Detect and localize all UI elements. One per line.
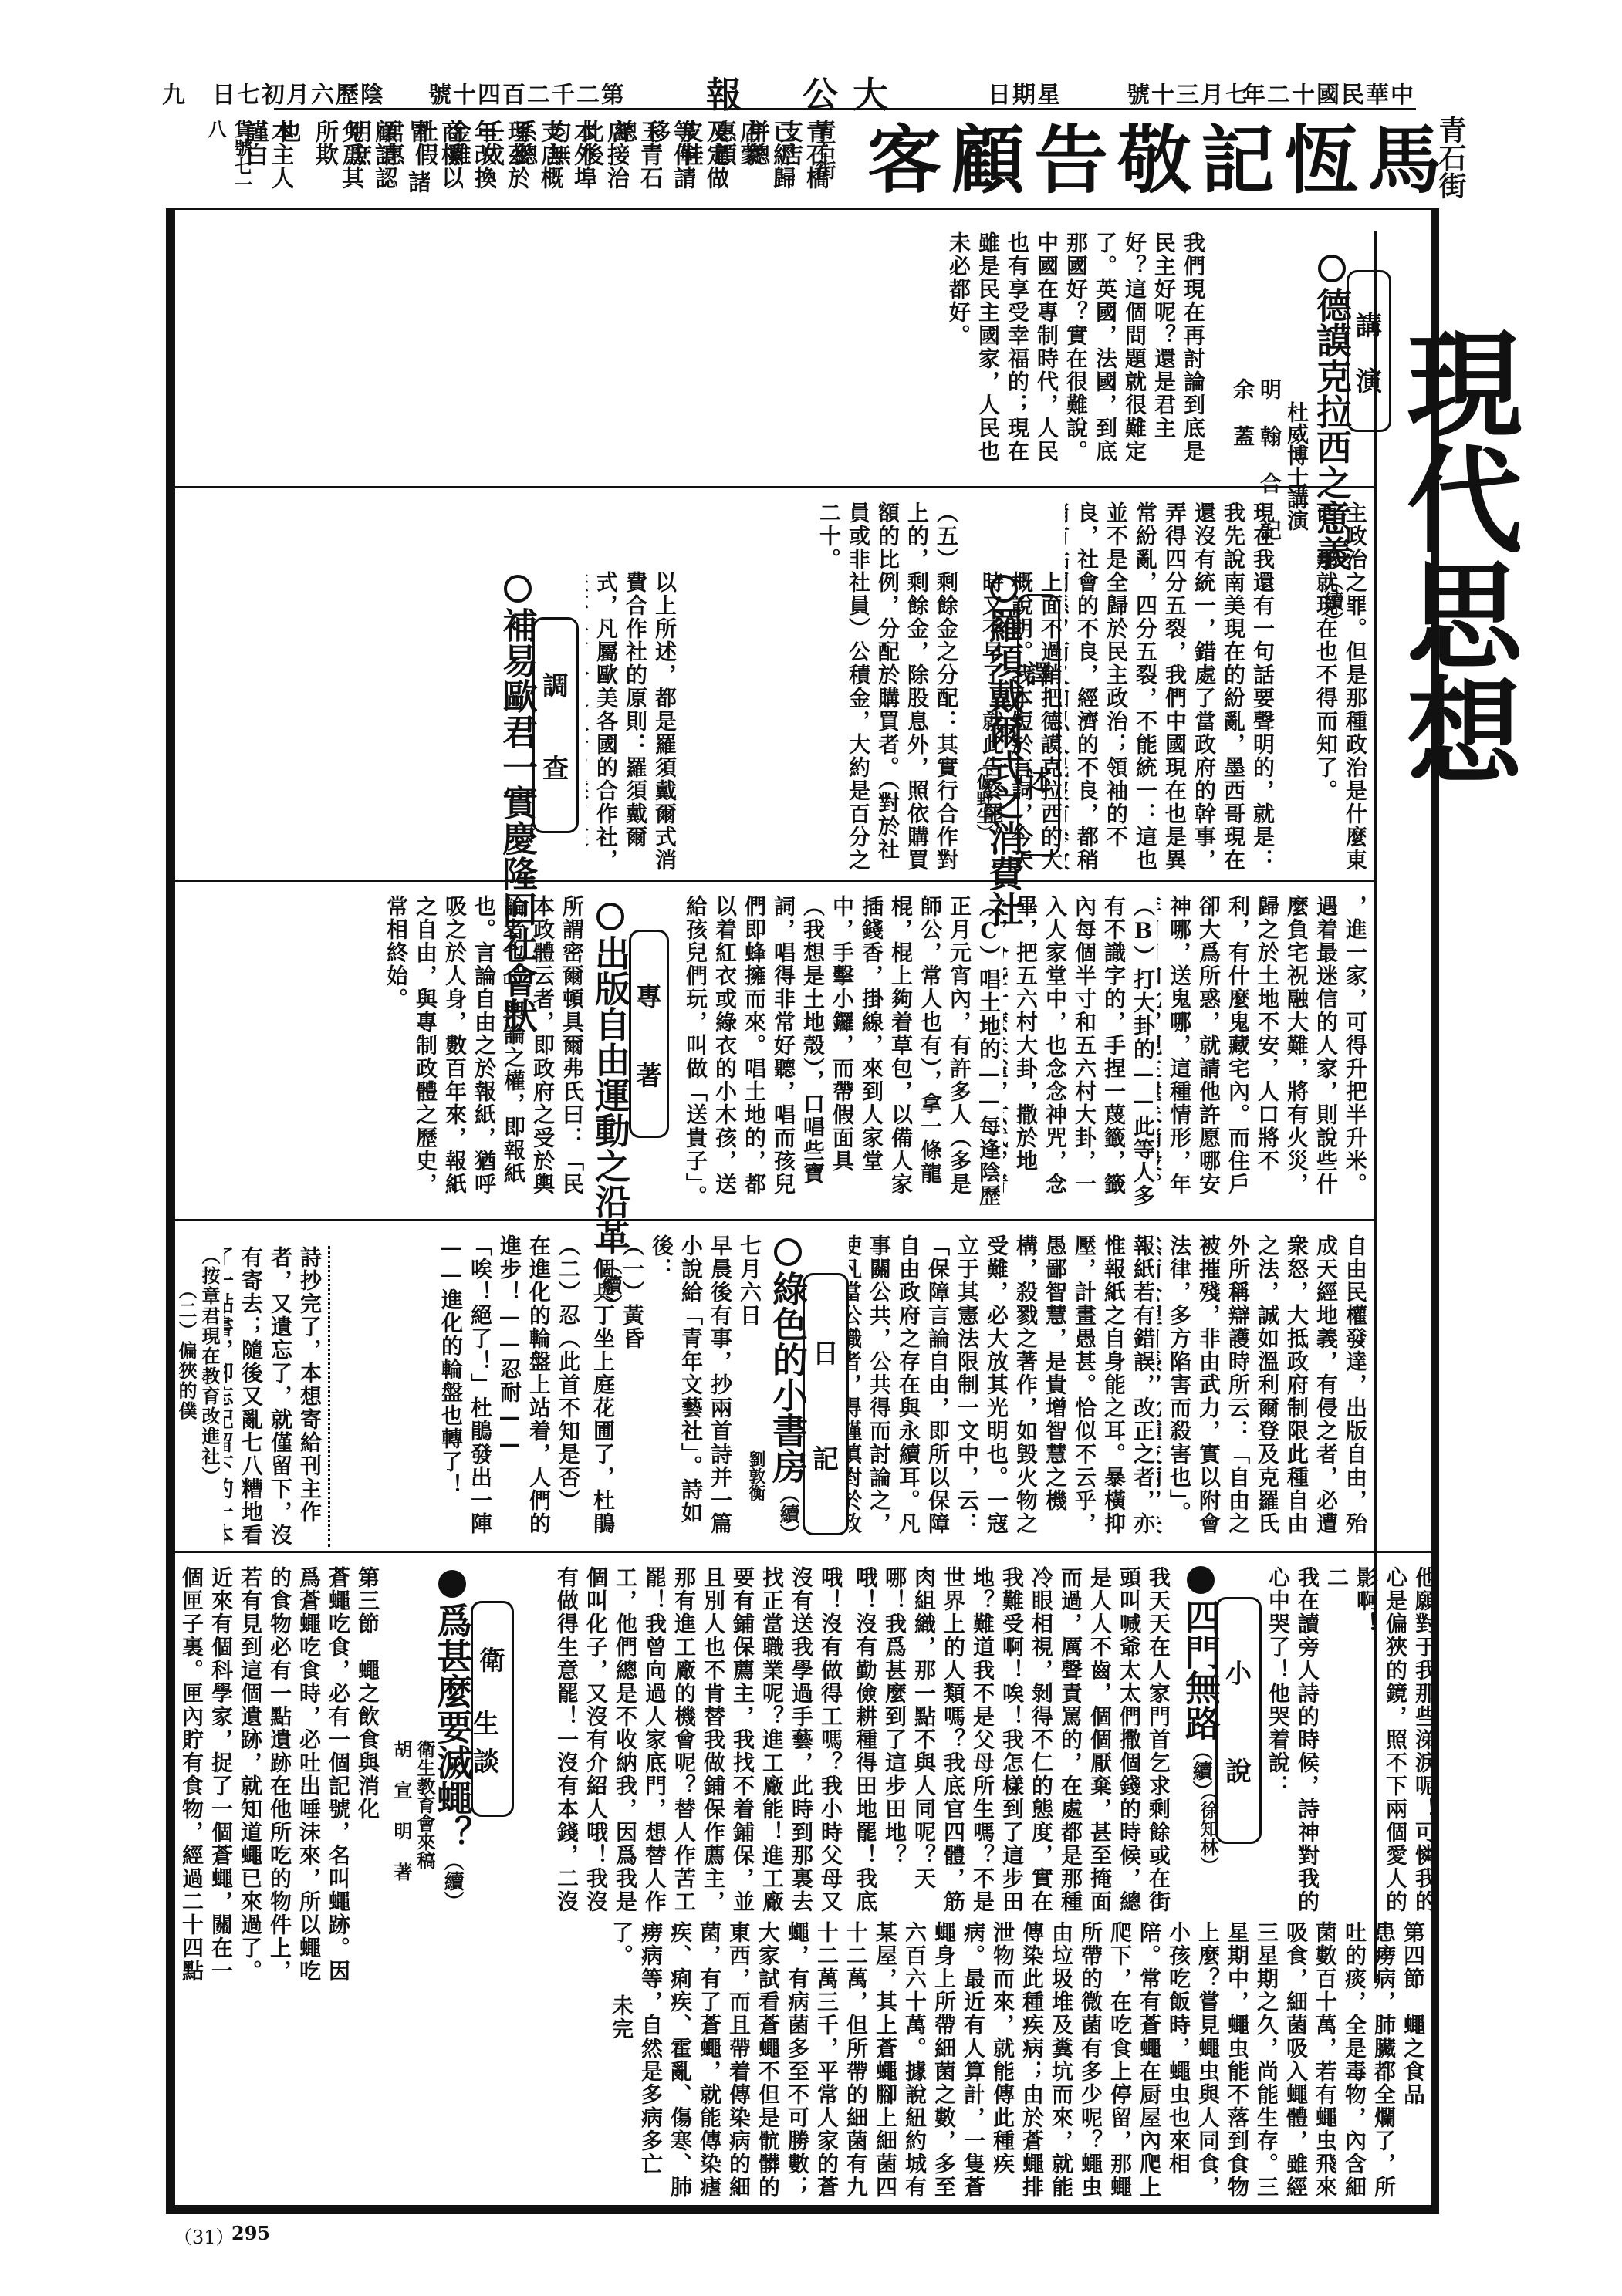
masthead-page-marker: 九 [162, 73, 187, 112]
article-body: 他願對于我那些涕淚呢！可憐我的心是偏狹的鏡，照不下兩個愛人的影啊！二我在讀旁人詩… [1269, 1566, 1439, 1913]
article-body: 現在我還有一句話要聲明的，就是：我先說南美現在的紛亂，墨西哥現在還沒有統一，錯處… [1065, 501, 1277, 872]
bullet-circle-icon [774, 1238, 802, 1266]
article-body: 所謂密爾頓具爾弗氏曰：「民本政體云者，即政府之受於輿論者也。」輿論之權，即報紙也… [174, 895, 586, 1211]
section-label-lecture: 講演 [1347, 270, 1391, 432]
bullet-filled-icon [1187, 1566, 1215, 1594]
section-label-investigation: 調查 [532, 617, 579, 833]
masthead-date: 七月三十號 [1127, 73, 1242, 112]
section-label-monograph: 專著 [629, 930, 669, 1138]
band-divider-2 [174, 880, 1374, 882]
volume-marker: （31） [174, 2222, 235, 2249]
article-body: 自由民權發達，出版自由，殆成天經地義，有侵之者，必遭衆怒，大抵政府制限此種自由之… [1157, 1234, 1370, 1543]
ad-title: 馬恆記敬告顧客 [833, 116, 1451, 204]
article-body: （二）忍（此首不知是否）在進化的輪盤上站着，人們的進步！——忍耐——「唉！絕了！… [401, 1234, 583, 1543]
band-divider-4 [174, 1551, 1439, 1553]
ad-column: 免爲其所欺 [311, 120, 363, 208]
masthead-paper-char-1: 大 [853, 73, 890, 112]
article-body: ，進一家，可得升把半升米。遇着最迷信的人家，則說些什麼負宅祝融大難，將有火災，歸… [1157, 895, 1370, 1211]
article-body: （B）打大卦的——此等人多有不識字的，手捏一蔑籤，籤內每個半寸和五六村大卦，一入… [1003, 895, 1157, 1211]
byline: 胡 宣 明 著 [386, 1740, 417, 1881]
masthead-rule [274, 108, 1416, 110]
bullet-circle-icon [596, 903, 624, 930]
article-body: 第三節 蠅之飲食與消化蒼蠅吃食，必有一個記號，名叫蠅跡。因爲蒼蠅吃食時，必吐出唾… [177, 1566, 382, 1983]
article-body: （C）唱土地的——每逢陰歷正月元宵內，有許多人（多是師公，常人也有），拿一條龍棍… [679, 895, 1003, 1211]
bullet-circle-icon [990, 575, 1018, 603]
band-divider-1 [174, 486, 1374, 488]
page-number: 295 [231, 2222, 270, 2244]
ad-column: 貨號七一八 [202, 120, 255, 208]
article-body: 主政治之罪。但是那種政治是什麼東西，那就現在也不得而知了。 [1281, 501, 1370, 872]
article-title-four-doors: 四門無路（續） [1181, 1566, 1221, 1801]
article-body: 哦！沒有做得工嗎？我小時父母又沒有送我學過手藝，此時到那裏去找正當職業呢？進工廠… [556, 1566, 845, 1913]
article-body: （按章君現在教育改進社） [197, 1246, 224, 1547]
article-body: （二）偏狹的僕 [174, 1281, 201, 1543]
bullet-filled-icon [438, 1570, 466, 1598]
article-title-green-study: 綠色的小書房（續） [768, 1238, 808, 1544]
masthead-lunar-date: 陰歷六月初七日 [212, 73, 367, 112]
masthead-weekday: 星期日 [988, 73, 1080, 112]
section-label-diary: 日記 [803, 1273, 849, 1535]
article-body: 第四節 蠅之食品患痨病，肺臟都全爛了，所吐的痰，全是毒物，內含細菌數百十萬，若有… [177, 1921, 1428, 2199]
masthead-paper-char-3: 報 [706, 73, 743, 112]
bullet-circle-icon [504, 575, 532, 603]
article-body: （五）剩餘金之分配：其實行合作對上的，剩餘金，除股息外，照依購買額的比例，分配於… [679, 501, 961, 872]
article-body: 我天天在人家門首乞求剩餘或在街頭叫喊爺太太們撒個錢的時候，總是人人不齒，個個厭棄… [849, 1566, 1173, 1913]
bullet-circle-icon [1318, 255, 1346, 282]
article-body: 七月六日早晨後有事，抄兩首詩并一篇小說給「青年文藝社」。詩如後：（一）黃昏一個兵… [586, 1234, 764, 1543]
masthead-paper-char-2: 公 [803, 73, 840, 112]
byline: （仮野生） [968, 756, 999, 841]
article-title-rochdale: 羅須戴爾式之消費社 [984, 575, 1024, 927]
article-body: 以上所述，都是羅須戴爾式消費合作社的原則：羅須戴爾式，凡屬歐美各國的合作社，差不… [586, 571, 679, 872]
article-body: 報紙若有錯誤，改正之者，亦惟報紙之自身能之耳。暴橫抑壓，計畫愚甚。恰似不云乎，愚… [849, 1234, 1157, 1543]
article-body: 詩抄完了，本想寄給刊主作者，又遺忘了，就僅留下，沒有寄去；隨後又亂七八糟地看了一… [224, 1246, 324, 1547]
wavy-divider [328, 1246, 335, 1547]
byline: 余 蓋 [1227, 378, 1258, 447]
masthead-issue-number: 第二千二百四十號 [428, 73, 629, 112]
page-title: 現代思想 [1389, 324, 1520, 787]
band-divider-3 [174, 1219, 1374, 1221]
masthead-republic-year: 中華民國十二年 [1242, 73, 1458, 112]
section-label-hygiene: 衛生談 [471, 1601, 514, 1817]
byline: （徐知林） [1192, 1782, 1223, 1875]
article-body: 我們現在再討論到底是民主好呢？還是君主好？這個問題就很難定了。英國，法國，到底那… [174, 231, 1208, 478]
